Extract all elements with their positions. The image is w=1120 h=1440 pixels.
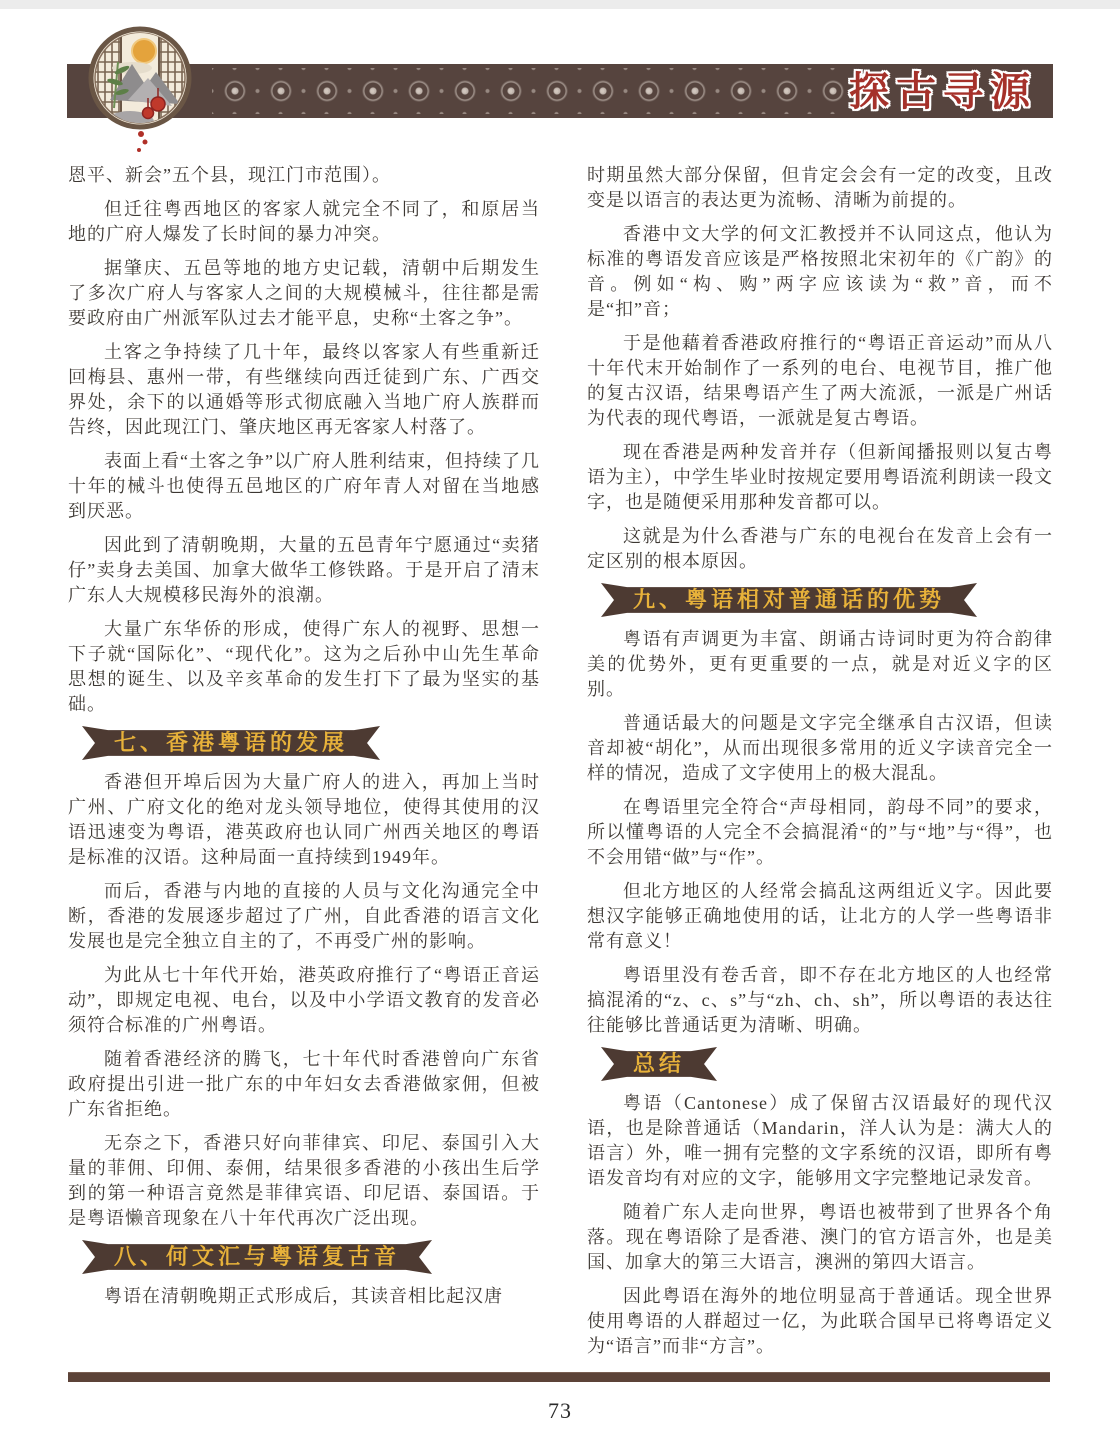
paragraph: 随着广东人走向世界，粤语也被带到了世界各个角落。现在粤语除了是香港、澳门的官方语… <box>587 1200 1053 1275</box>
right-column: 时期虽然大部分保留，但肯定会会有一定的改变，且改变是以语言的表达更为流畅、清晰为… <box>587 163 1053 1368</box>
paragraph: 而后，香港与内地的直接的人员与文化沟通完全中断，香港的发展逐步超过了广州，自此香… <box>68 879 540 954</box>
section-heading-row: 八、何文汇与粤语复古音 <box>82 1240 540 1274</box>
paragraph: 粤语有声调更为丰富、朗诵古诗词时更为符合韵律美的优势外，更有更重要的一点，就是对… <box>587 627 1053 702</box>
paragraph: 在粤语里完全符合“声母相同，韵母不同”的要求，所以懂粤语的人完全不会搞混淆“的”… <box>587 795 1053 870</box>
paragraph: 土客之争持续了几十年，最终以客家人有些重新迁回梅县、惠州一带，有些继续向西迁徒到… <box>68 340 540 440</box>
footer-rule <box>68 1372 1050 1382</box>
paragraph: 因此粤语在海外的地位明显高于普通话。现全世界使用粤语的人群超过一亿，为此联合国早… <box>587 1284 1053 1359</box>
paragraph: 随着香港经济的腾飞，七十年代时香港曾向广东省政府提出引进一批广东的中年妇女去香港… <box>68 1047 540 1122</box>
section-heading-row: 总结 <box>601 1047 1053 1081</box>
section-heading-row: 七、香港粤语的发展 <box>82 726 540 760</box>
paragraph: 粤语在清朝晚期正式形成后，其读音相比起汉唐 <box>68 1284 540 1309</box>
paragraph: 时期虽然大部分保留，但肯定会会有一定的改变，且改变是以语言的表达更为流畅、清晰为… <box>587 163 1053 213</box>
paragraph: 普通话最大的问题是文字完全继承自古汉语，但读音却被“胡化”，从而出现很多常用的近… <box>587 711 1053 786</box>
paragraph: 但北方地区的人经常会搞乱这两组近义字。因此要想汉字能够正确地使用的话，让北方的人… <box>587 879 1053 954</box>
section-heading-banner: 八、何文汇与粤语复古音 <box>82 1240 432 1274</box>
section-heading-row: 九、粤语相对普通话的优势 <box>601 583 1053 617</box>
paragraph: 但迁往粤西地区的客家人就完全不同了，和原居当地的广府人爆发了长时间的暴力冲突。 <box>68 197 540 247</box>
paragraph: 香港中文大学的何文汇教授并不认同这点，他认为标准的粤语发音应该是严格按照北宋初年… <box>587 222 1053 322</box>
paragraph: 粤语里没有卷舌音，即不存在北方地区的人也经常搞混淆的“z、c、s”与“zh、ch… <box>587 963 1053 1038</box>
paragraph: 恩平、新会”五个县，现江门市范围）。 <box>68 163 540 188</box>
section-heading-banner: 九、粤语相对普通话的优势 <box>601 583 977 617</box>
paragraph: 这就是为什么香港与广东的电视台在发音上会有一定区别的根本原因。 <box>587 524 1053 574</box>
floral-border-pattern <box>212 68 853 114</box>
left-column: 恩平、新会”五个县，现江门市范围）。但迁往粤西地区的客家人就完全不同了，和原居当… <box>68 163 540 1368</box>
paragraph: 于是他藉着香港政府推行的“粤语正音运动”而从八十年代末开始制作了一系列的电台、电… <box>587 331 1053 431</box>
page-number: 73 <box>0 1398 1120 1424</box>
header-band: 探古寻源 <box>67 64 1053 118</box>
paragraph: 因此到了清朝晚期，大量的五邑青年宁愿通过“卖猪仔”卖身去美国、加拿大做华工修铁路… <box>68 533 540 608</box>
section-heading-banner: 总结 <box>601 1047 717 1081</box>
garden-window-medallion-icon <box>88 26 192 158</box>
scan-top-edge <box>0 0 1120 9</box>
paragraph: 表面上看“土客之争”以广府人胜利结束，但持续了几十年的械斗也使得五邑地区的广府年… <box>68 449 540 524</box>
masthead-title: 探古寻源 <box>849 64 1037 118</box>
paragraph: 无奈之下，香港只好向菲律宾、印尼、泰国引入大量的菲佣、印佣、泰佣，结果很多香港的… <box>68 1131 540 1231</box>
paragraph: 现在香港是两种发音并存（但新闻播报则以复古粤语为主），中学生毕业时按规定要用粤语… <box>587 440 1053 515</box>
paragraph: 为此从七十年代开始，港英政府推行了“粤语正音运动”，即规定电视、电台，以及中小学… <box>68 963 540 1038</box>
paragraph: 香港但开埠后因为大量广府人的进入，再加上当时广州、广府文化的绝对龙头领导地位，使… <box>68 770 540 870</box>
paragraph: 大量广东华侨的形成，使得广东人的视野、思想一下子就“国际化”、“现代化”。这为之… <box>68 617 540 717</box>
section-heading-banner: 七、香港粤语的发展 <box>82 726 380 760</box>
paragraph: 据肇庆、五邑等地的地方史记载，清朝中后期发生了多次广府人与客家人之间的大规模械斗… <box>68 256 540 331</box>
paragraph: 粤语（Cantonese）成了保留古汉语最好的现代汉语，也是除普通话（Manda… <box>587 1091 1053 1191</box>
